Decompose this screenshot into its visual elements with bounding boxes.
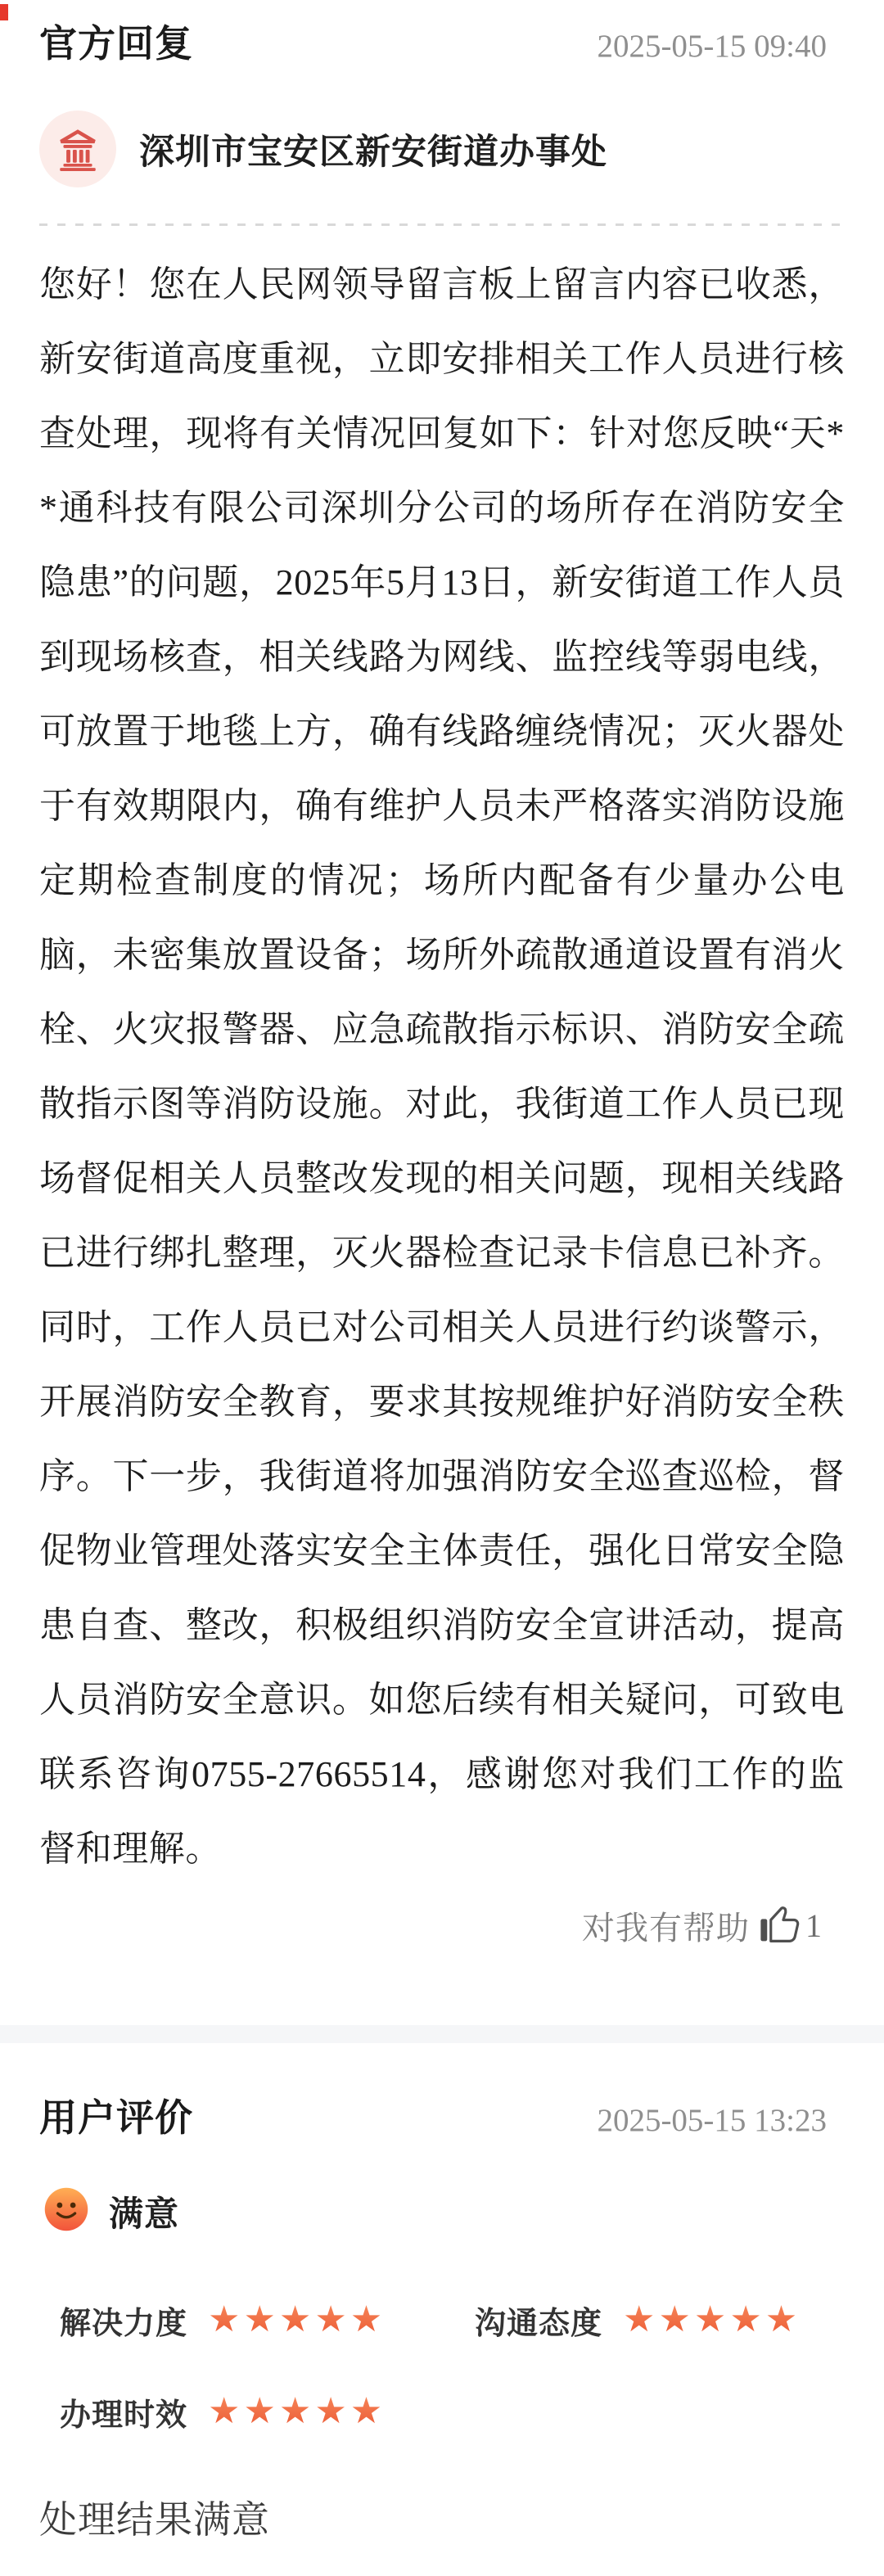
thumbs-up-icon[interactable] (758, 1902, 802, 1950)
smiley-face-icon (42, 2185, 91, 2238)
helpful-label: 对我有帮助 (582, 1902, 750, 1949)
official-reply-section: 官方回复 2025-05-15 09:40 (0, 0, 884, 1950)
organization-name: 深圳市宝安区新安街道办事处 (139, 124, 607, 174)
helpful-button[interactable]: 对我有帮助 1 (39, 1901, 845, 1950)
section-title-user-evaluation: 用户评价 (39, 2097, 193, 2138)
rating-item-communication: 沟通态度 ★★★★★ (475, 2294, 845, 2346)
user-evaluation-timestamp: 2025-05-15 13:23 (597, 2103, 845, 2139)
corner-artifact (0, 4, 8, 20)
rating-item-timeliness: 办理时效 ★★★★★ (60, 2385, 475, 2438)
rating-label: 办理时效 (60, 2389, 187, 2434)
evaluation-comment: 处理结果满意 (39, 2498, 845, 2541)
satisfaction-row: 满意 (39, 2185, 845, 2238)
official-reply-body: 您好！您在人民网领导留言板上留言内容已收悉，新安街道高度重视，立即安排相关工作人… (39, 247, 845, 1886)
helpful-count: 1 (805, 1906, 822, 1945)
ratings-grid: 解决力度 ★★★★★ 沟通态度 ★★★★★ 办理时效 ★★★★★ (60, 2294, 845, 2438)
dashed-divider (39, 223, 845, 226)
section-title-official-reply: 官方回复 (39, 23, 193, 64)
official-reply-header: 官方回复 2025-05-15 09:40 (39, 23, 845, 65)
organization-avatar (39, 111, 116, 187)
user-evaluation-section: 用户评价 2025-05-15 13:23 满意 解决力度 ★★★★★ (0, 2043, 884, 2541)
rating-stars: ★★★★★ (208, 2385, 386, 2438)
official-reply-timestamp: 2025-05-15 09:40 (597, 29, 845, 65)
rating-stars: ★★★★★ (208, 2294, 386, 2346)
government-building-icon (54, 124, 101, 175)
section-divider (0, 2025, 884, 2043)
rating-item-resolution: 解决力度 ★★★★★ (60, 2294, 475, 2346)
user-evaluation-header: 用户评价 2025-05-15 13:23 (39, 2097, 845, 2139)
organization-row: 深圳市宝安区新安街道办事处 (39, 111, 845, 187)
rating-label: 解决力度 (60, 2298, 187, 2343)
satisfaction-label: 满意 (109, 2187, 179, 2236)
rating-label: 沟通态度 (475, 2298, 602, 2343)
rating-stars: ★★★★★ (623, 2294, 801, 2346)
